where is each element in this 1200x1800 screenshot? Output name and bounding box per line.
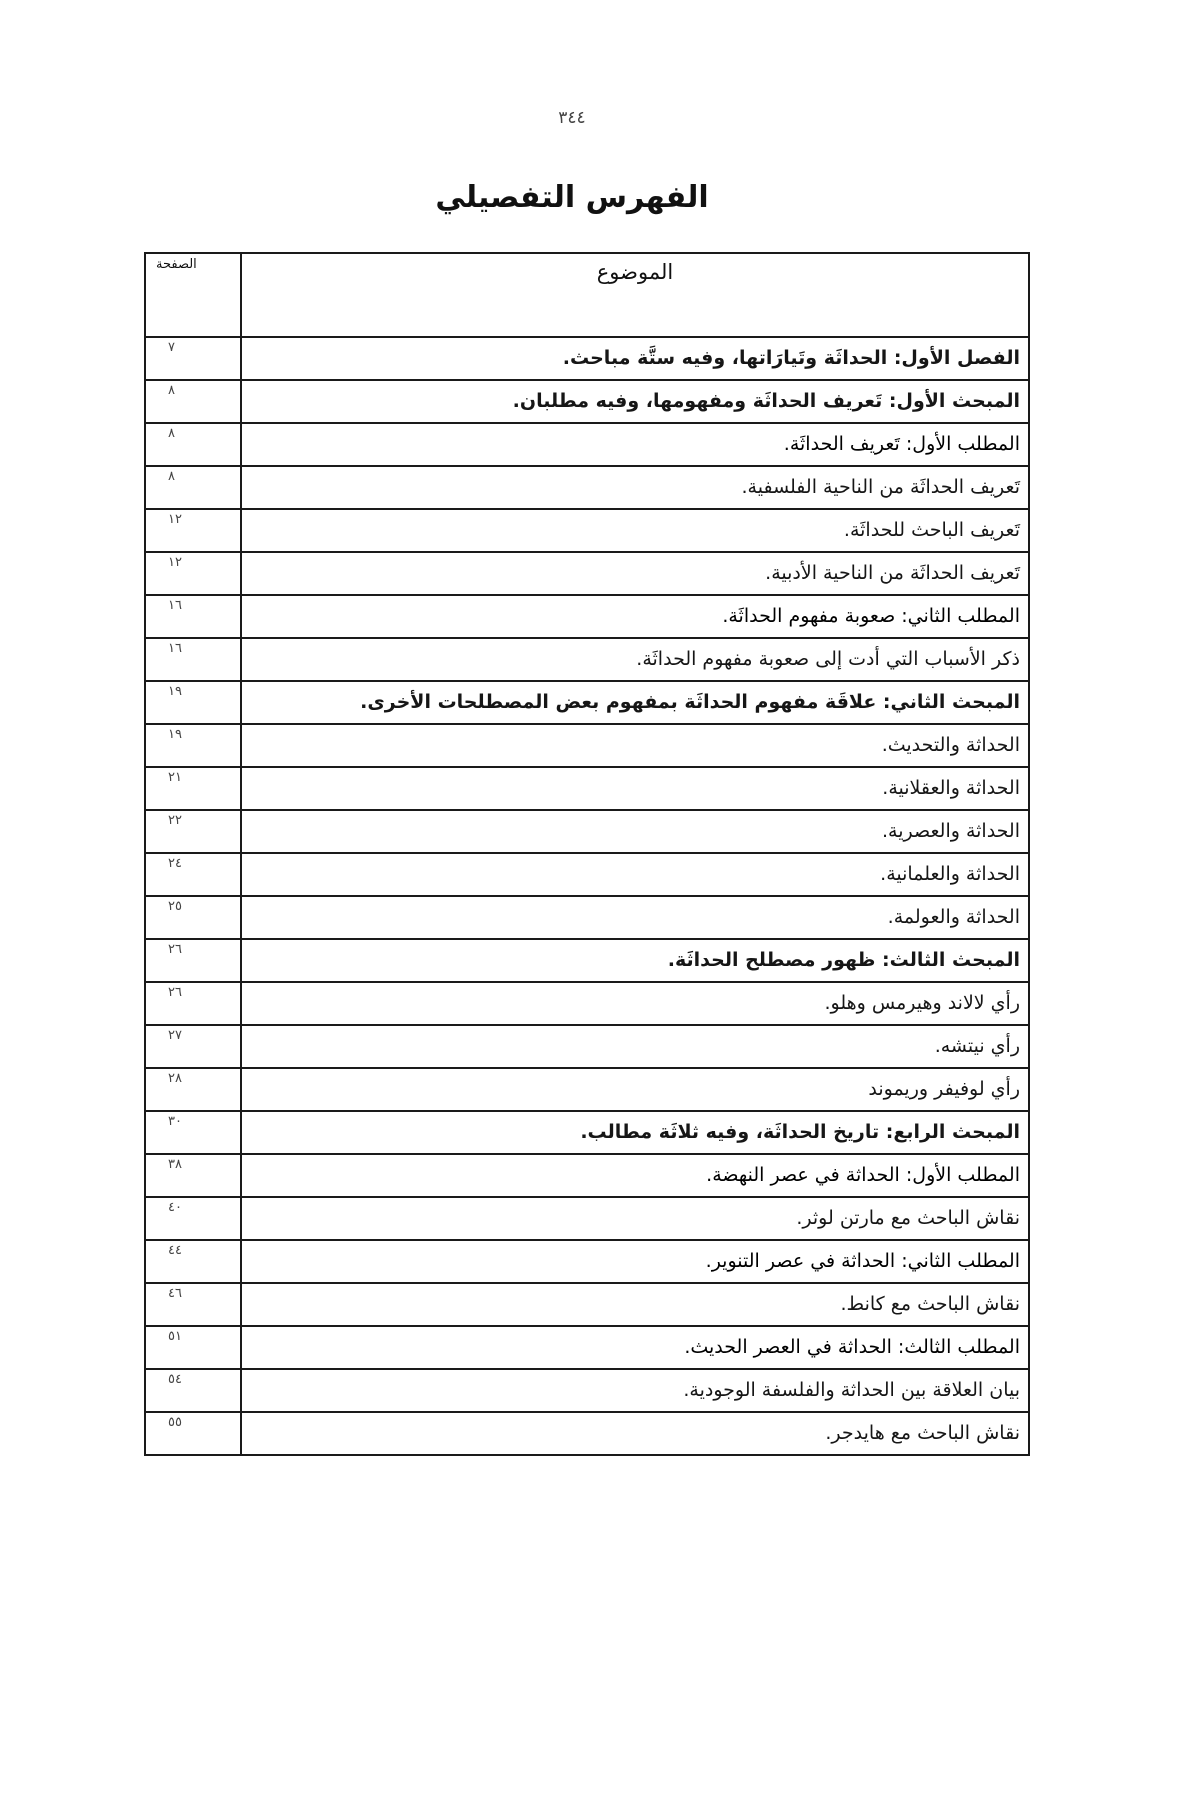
page-number-cell: ٨	[145, 466, 241, 509]
page-number-cell: ٣٨	[145, 1154, 241, 1197]
page-number-cell: ٨	[145, 380, 241, 423]
page-number-cell: ٣٠	[145, 1111, 241, 1154]
table-row: ذكر الأسباب التي أدت إلى صعوبة مفهوم الح…	[145, 638, 1029, 681]
page-number-cell: ٢٨	[145, 1068, 241, 1111]
topic-cell: المبحث الرابع: تاريخ الحداثَة، وفيه ثلاث…	[241, 1111, 1029, 1154]
table-row: المطلب الثاني: صعوبة مفهوم الحداثَة.١٦	[145, 595, 1029, 638]
topic-cell: المبحث الأول: تَعريف الحداثَة ومفهومها، …	[241, 380, 1029, 423]
page-number-cell: ٢٦	[145, 982, 241, 1025]
topic-cell: الحداثة والعقلانية.	[241, 767, 1029, 810]
topic-cell: ذكر الأسباب التي أدت إلى صعوبة مفهوم الح…	[241, 638, 1029, 681]
topic-cell: بيان العلاقة بين الحداثة والفلسفة الوجود…	[241, 1369, 1029, 1412]
table-row: رأي لالاند وهيرمس وهلو.٢٦	[145, 982, 1029, 1025]
topic-cell: تَعريف الحداثَة من الناحية الفلسفية.	[241, 466, 1029, 509]
table-row: الحداثة والعولمة.٢٥	[145, 896, 1029, 939]
table-row: بيان العلاقة بين الحداثة والفلسفة الوجود…	[145, 1369, 1029, 1412]
column-header-topic: الموضوع	[241, 253, 1029, 337]
topic-cell: الحداثة والتحديث.	[241, 724, 1029, 767]
table-row: المطلب الأول: الحداثة في عصر النهضة.٣٨	[145, 1154, 1029, 1197]
table-row: تَعريف الباحث للحداثَة.١٢	[145, 509, 1029, 552]
topic-cell: رأي لوفيفر وريموند	[241, 1068, 1029, 1111]
table-row: نقاش الباحث مع مارتن لوثر.٤٠	[145, 1197, 1029, 1240]
table-row: نقاش الباحث مع كانط.٤٦	[145, 1283, 1029, 1326]
table-row: نقاش الباحث مع هايدجر.٥٥	[145, 1412, 1029, 1455]
topic-cell: المبحث الثاني: علاقَة مفهوم الحداثَة بمف…	[241, 681, 1029, 724]
topic-cell: رأي لالاند وهيرمس وهلو.	[241, 982, 1029, 1025]
topic-cell: تَعريف الحداثَة من الناحية الأدبية.	[241, 552, 1029, 595]
topic-cell: الحداثة والعولمة.	[241, 896, 1029, 939]
topic-cell: رأي نيتشه.	[241, 1025, 1029, 1068]
page-number-cell: ٥٤	[145, 1369, 241, 1412]
page-number-cell: ٥١	[145, 1326, 241, 1369]
page-number-cell: ٤٠	[145, 1197, 241, 1240]
page-number-cell: ١٩	[145, 681, 241, 724]
topic-cell: نقاش الباحث مع مارتن لوثر.	[241, 1197, 1029, 1240]
page-number-cell: ١٩	[145, 724, 241, 767]
page-number-cell: ٤٦	[145, 1283, 241, 1326]
topic-cell: المطلب الثاني: الحداثة في عصر التنوير.	[241, 1240, 1029, 1283]
page-number-cell: ٢٧	[145, 1025, 241, 1068]
table-body: الفصل الأول: الحداثَة وتَيارَاتها، وفيه …	[145, 337, 1029, 1455]
table-row: المبحث الأول: تَعريف الحداثَة ومفهومها، …	[145, 380, 1029, 423]
page-number-cell: ٤٤	[145, 1240, 241, 1283]
table-row: المبحث الثالث: ظهور مصطلح الحداثَة.٢٦	[145, 939, 1029, 982]
table-row: المطلب الثاني: الحداثة في عصر التنوير.٤٤	[145, 1240, 1029, 1283]
page-number-cell: ٢٥	[145, 896, 241, 939]
table-row: رأي نيتشه.٢٧	[145, 1025, 1029, 1068]
table-of-contents: الموضوع الصفحة الفصل الأول: الحداثَة وتَ…	[144, 252, 1030, 1456]
page-number-cell: ٢١	[145, 767, 241, 810]
table-row: رأي لوفيفر وريموند٢٨	[145, 1068, 1029, 1111]
topic-cell: المبحث الثالث: ظهور مصطلح الحداثَة.	[241, 939, 1029, 982]
table-row: المطلب الثالث: الحداثة في العصر الحديث.٥…	[145, 1326, 1029, 1369]
table-row: الحداثة والتحديث.١٩	[145, 724, 1029, 767]
topic-cell: المطلب الثالث: الحداثة في العصر الحديث.	[241, 1326, 1029, 1369]
table-row: الحداثة والعلمانية.٢٤	[145, 853, 1029, 896]
topic-cell: نقاش الباحث مع هايدجر.	[241, 1412, 1029, 1455]
topic-cell: المطلب الثاني: صعوبة مفهوم الحداثَة.	[241, 595, 1029, 638]
table-row: الحداثة والعقلانية.٢١	[145, 767, 1029, 810]
page-number-cell: ٢٤	[145, 853, 241, 896]
page-number-cell: ١٢	[145, 509, 241, 552]
page-number-cell: ٥٥	[145, 1412, 241, 1455]
page-number-cell: ١٢	[145, 552, 241, 595]
topic-cell: الفصل الأول: الحداثَة وتَيارَاتها، وفيه …	[241, 337, 1029, 380]
topic-cell: تَعريف الباحث للحداثَة.	[241, 509, 1029, 552]
table-row: تَعريف الحداثَة من الناحية الأدبية.١٢	[145, 552, 1029, 595]
topic-cell: الحداثة والعصرية.	[241, 810, 1029, 853]
page-number-cell: ٢٦	[145, 939, 241, 982]
page-number: ٣٤٤	[0, 108, 1144, 128]
page-number-cell: ٨	[145, 423, 241, 466]
topic-cell: نقاش الباحث مع كانط.	[241, 1283, 1029, 1326]
page-number-cell: ٧	[145, 337, 241, 380]
table-row: المبحث الرابع: تاريخ الحداثَة، وفيه ثلاث…	[145, 1111, 1029, 1154]
table-row: المطلب الأول: تَعريف الحداثَة.٨	[145, 423, 1029, 466]
table-row: المبحث الثاني: علاقَة مفهوم الحداثَة بمف…	[145, 681, 1029, 724]
table-row: الفصل الأول: الحداثَة وتَيارَاتها، وفيه …	[145, 337, 1029, 380]
page-number-cell: ٢٢	[145, 810, 241, 853]
table-header-row: الموضوع الصفحة	[145, 253, 1029, 337]
page-number-cell: ١٦	[145, 595, 241, 638]
page-title: الفهرس التفصيلي	[0, 180, 1144, 215]
table-row: تَعريف الحداثَة من الناحية الفلسفية.٨	[145, 466, 1029, 509]
page-number-cell: ١٦	[145, 638, 241, 681]
topic-cell: المطلب الأول: الحداثة في عصر النهضة.	[241, 1154, 1029, 1197]
table-row: الحداثة والعصرية.٢٢	[145, 810, 1029, 853]
topic-cell: المطلب الأول: تَعريف الحداثَة.	[241, 423, 1029, 466]
topic-cell: الحداثة والعلمانية.	[241, 853, 1029, 896]
column-header-page: الصفحة	[145, 253, 241, 337]
